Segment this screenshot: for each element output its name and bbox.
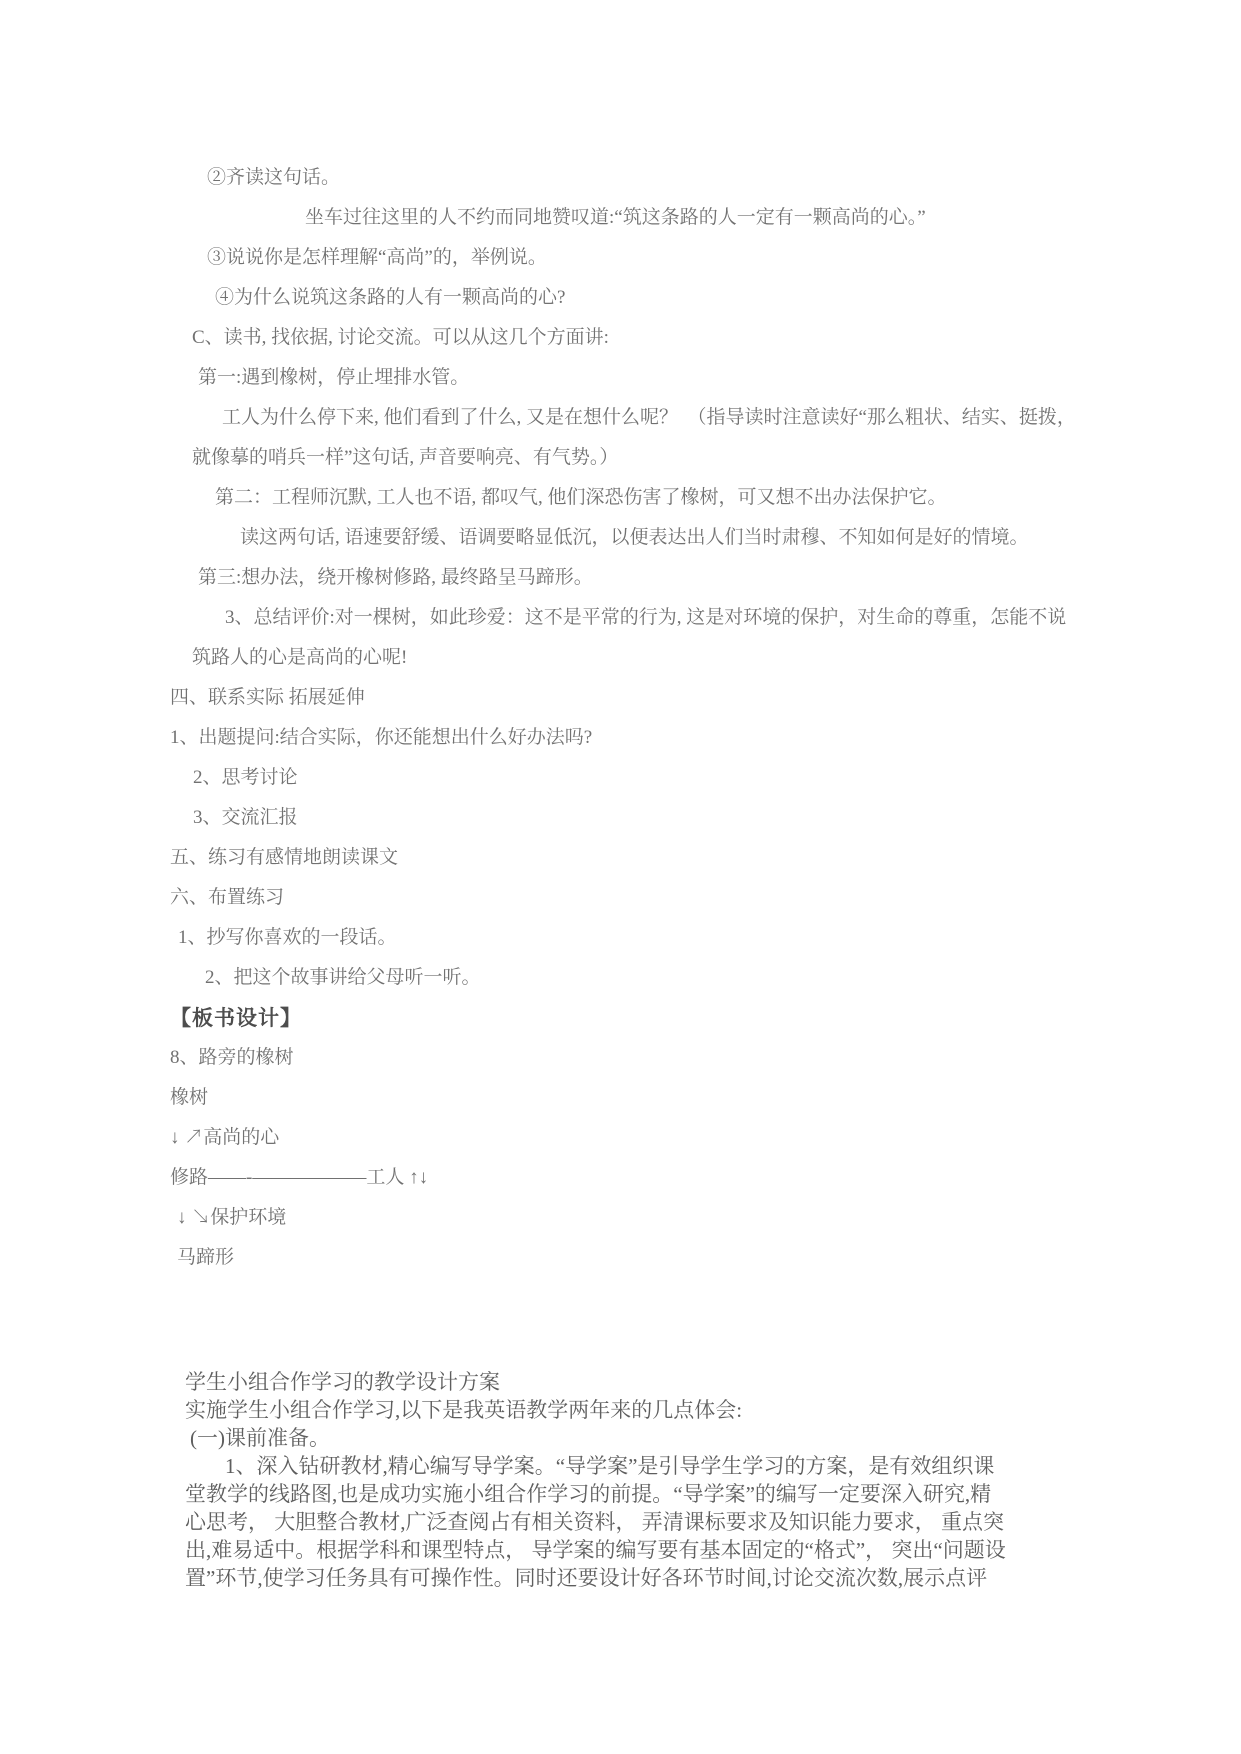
- doc-line: 就像摹的哨兵一样”这句话, 声音要响亮、有气势。）: [0, 438, 1241, 478]
- essay-line: 实施学生小组合作学习,以下是我英语教学两年来的几点体会:: [0, 1396, 1241, 1424]
- lesson-plan-section: ②齐读这句话。 坐车过往这里的人不约而同地赞叹道:“筑这条路的人一定有一颗高尚的…: [0, 158, 1241, 1278]
- board-title-line: 8、路旁的橡树: [0, 1038, 1241, 1078]
- doc-line: 工人为什么停下来, 他们看到了什么, 又是在想什么呢？ （指导读时注意读好“那么…: [0, 398, 1241, 438]
- essay-title: 学生小组合作学习的教学设计方案: [0, 1368, 1241, 1396]
- essay-line: (一)课前准备。: [0, 1424, 1241, 1452]
- section-heading: 四、联系实际 拓展延伸: [0, 678, 1241, 718]
- board-line: 马蹄形: [0, 1238, 1241, 1278]
- essay-line: 堂教学的线路图,也是成功实施小组合作学习的前提。“导学案”的编写一定要深入研究,…: [0, 1480, 1241, 1508]
- section-heading: 六、布置练习: [0, 878, 1241, 918]
- doc-line: 1、出题提问:结合实际，你还能想出什么好办法吗?: [0, 718, 1241, 758]
- essay-section: 学生小组合作学习的教学设计方案 实施学生小组合作学习,以下是我英语教学两年来的几…: [0, 1368, 1241, 1592]
- doc-line: ③说说你是怎样理解“高尚”的，举例说。: [0, 238, 1241, 278]
- doc-line: 第一:遇到橡树，停止埋排水管。: [0, 358, 1241, 398]
- essay-line: 1、深入钻研教材,精心编写导学案。“导学案”是引导学生学习的方案，是有效组织课: [0, 1452, 1241, 1480]
- document-page: ②齐读这句话。 坐车过往这里的人不约而同地赞叹道:“筑这条路的人一定有一颗高尚的…: [0, 0, 1241, 1754]
- doc-line: 3、总结评价:对一棵树，如此珍爱：这不是平常的行为, 这是对环境的保护，对生命的…: [0, 598, 1241, 638]
- essay-line: 心思考， 大胆整合教材,广泛查阅占有相关资料， 弄清课标要求及知识能力要求， 重…: [0, 1508, 1241, 1536]
- doc-line: 第三:想办法，绕开橡树修路, 最终路呈马蹄形。: [0, 558, 1241, 598]
- board-line-arrows: ↓ ↗高尚的心: [0, 1118, 1241, 1158]
- doc-line: 1、抄写你喜欢的一段话。: [0, 918, 1241, 958]
- essay-line: 置”环节,使学习任务具有可操作性。同时还要设计好各环节时间,讨论交流次数,展示点…: [0, 1564, 1241, 1592]
- section-heading: 五、练习有感情地朗读课文: [0, 838, 1241, 878]
- doc-line: ④为什么说筑这条路的人有一颗高尚的心?: [0, 278, 1241, 318]
- board-line: 橡树: [0, 1078, 1241, 1118]
- doc-line: 2、把这个故事讲给父母听一听。: [0, 958, 1241, 998]
- board-design-heading: 【板书设计】: [0, 998, 1241, 1038]
- doc-line: 第二：工程师沉默, 工人也不语, 都叹气, 他们深恐伤害了橡树，可又想不出办法保…: [0, 478, 1241, 518]
- board-line-diagram: 修路——-——————工人 ↑↓: [0, 1158, 1241, 1198]
- doc-line: 3、交流汇报: [0, 798, 1241, 838]
- doc-line: ②齐读这句话。: [0, 158, 1241, 198]
- doc-line: C、读书, 找依据, 讨论交流。可以从这几个方面讲:: [0, 318, 1241, 358]
- doc-line: 2、思考讨论: [0, 758, 1241, 798]
- doc-line: 读这两句话, 语速要舒缓、语调要略显低沉，以便表达出人们当时肃穆、不知如何是好的…: [0, 518, 1241, 558]
- doc-line-quote: 坐车过往这里的人不约而同地赞叹道:“筑这条路的人一定有一颗高尚的心。”: [0, 198, 1241, 238]
- doc-line: 筑路人的心是高尚的心呢!: [0, 638, 1241, 678]
- board-line-arrows: ↓ ↘保护环境: [0, 1198, 1241, 1238]
- essay-line: 出,难易适中。根据学科和课型特点， 导学案的编写要有基本固定的“格式”， 突出“…: [0, 1536, 1241, 1564]
